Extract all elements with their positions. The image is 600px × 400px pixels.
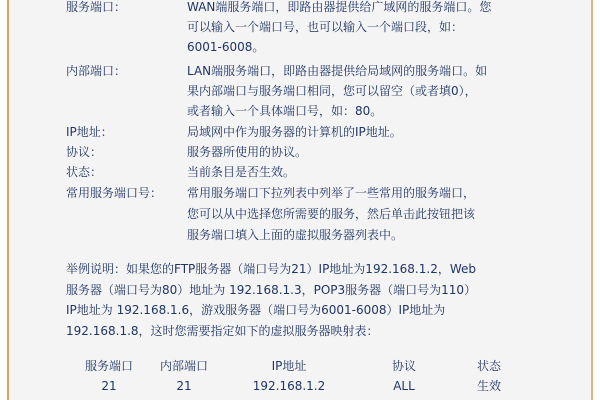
table-header: 状态 [464, 357, 514, 375]
table-header: IP地址 [234, 357, 344, 375]
help-panel: 服务端口： WAN端服务端口，即路由器提供给广域网的服务端口。您 可以输入一个端… [7, 0, 593, 400]
table-header: 协议 [379, 357, 429, 375]
table-cell: 21 [144, 377, 224, 395]
field-label-service-port: 服务端口： [66, 0, 126, 16]
table-cell: ALL [379, 377, 429, 395]
example-line: IP地址为 192.168.1.6，游戏服务器（端口号为6001-6008）IP… [66, 301, 445, 319]
field-desc-line: WAN端服务端口，即路由器提供给广域网的服务端口。您 [187, 0, 491, 16]
field-desc-line: 当前条目是否生效。 [187, 163, 295, 181]
field-desc-line: 服务器所使用的协议。 [187, 143, 307, 161]
field-desc-line: LAN端服务端口，即路由器提供给局域网的服务端口。如 [187, 62, 487, 80]
table-header: 服务端口 [69, 357, 149, 375]
field-label-internal-port: 内部端口： [66, 62, 126, 80]
example-line: 192.168.1.8，这时您需要指定如下的虚拟服务器映射表： [66, 322, 379, 340]
field-label-protocol: 协议： [66, 143, 102, 161]
field-desc-line: 常用服务端口下拉列表中列举了一些常用的服务端口， [187, 184, 475, 202]
field-label-ip-address: IP地址： [66, 123, 113, 141]
table-header: 内部端口 [144, 357, 224, 375]
table-cell: 21 [69, 377, 149, 395]
field-desc-line: 局域网中作为服务器的计算机的IP地址。 [187, 123, 402, 141]
example-line: 服务器（端口号为80）地址为 192.168.1.3，POP3服务器（端口号为1… [66, 281, 476, 299]
field-desc-line: 您可以从中选择您所需要的服务，然后单击此按钮把该 [187, 205, 475, 223]
field-desc-line: 可以输入一个端口号，也可以输入一个端口段，如： [187, 18, 463, 36]
field-desc-line: 果内部端口与服务端口相同，您可以留空（或者填0）， [187, 82, 477, 100]
field-label-status: 状态： [66, 163, 102, 181]
example-line: 举例说明：如果您的FTP服务器（端口号为21）IP地址为192.168.1.2，… [66, 260, 476, 278]
table-cell: 生效 [464, 377, 514, 395]
field-desc-line: 服务端口填入上面的虚拟服务器列表中。 [187, 226, 403, 244]
table-cell: 192.168.1.2 [234, 377, 344, 395]
field-desc-line: 6001-6008。 [187, 38, 264, 56]
field-label-common-ports: 常用服务端口号： [66, 184, 162, 202]
field-desc-line: 或者输入一个具体端口号，如：80。 [187, 102, 382, 120]
